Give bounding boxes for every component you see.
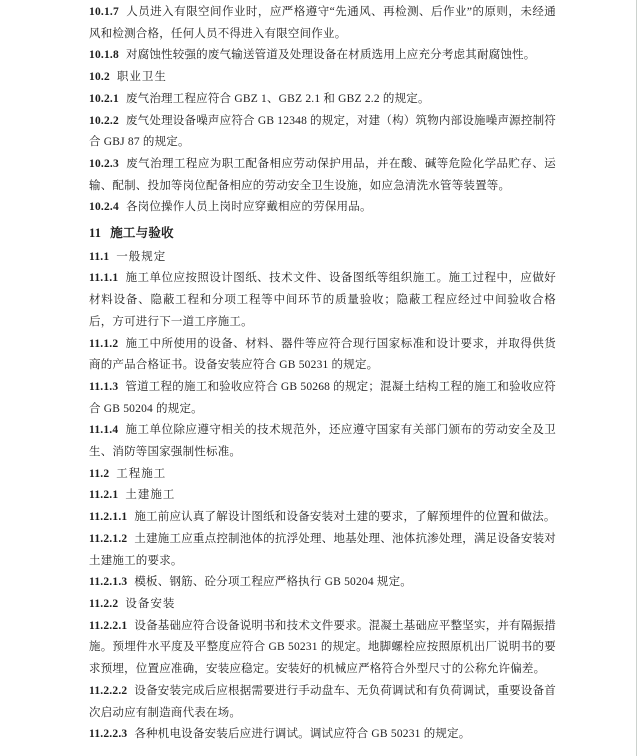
clause-11-2-1-3: 11.2.1.3模板、钢筋、砼分项工程应严格执行 GB 50204 规定。 [89,572,556,594]
document-page: 10.1.7人员进入有限空间作业时，应严格遵守“先通风、再检测、后作业”的原则，… [89,2,556,746]
section-heading-11-2: 11.2工程施工 [89,464,556,486]
clause-number: 11.1.2 [89,338,118,350]
clause-text: 废气治理工程应为职工配备相应劳动保护用品，并在酸、碱等危险化学品贮存、运输、配制… [89,158,556,192]
clause-number: 11.1.1 [89,272,118,284]
clause-text: 施工单位除应遵守相关的技术规范外，还应遵守国家有关部门颁布的劳动安全及卫生、消防… [89,424,556,458]
clause-number: 11.2.1.3 [89,576,127,588]
clause-10-2-2: 10.2.2废气处理设备噪声应符合 GB 12348 的规定，对建（构）筑物内部… [89,111,556,154]
clause-text: 施工中所使用的设备、材料、器件等应符合现行国家标准和设计要求，并取得供货商的产品… [89,338,556,372]
chapter-heading-11: 11施工与验收 [89,223,556,245]
clause-number: 11.1 [89,251,109,263]
clause-text: 模板、钢筋、砼分项工程应严格执行 GB 50204 规定。 [134,576,412,588]
clause-number: 11.2.1.2 [89,533,127,545]
clause-11-1-4: 11.1.4施工单位除应遵守相关的技术规范外，还应遵守国家有关部门颁布的劳动安全… [89,420,556,463]
clause-text: 对腐蚀性较强的废气输送管道及处理设备在材质选用上应充分考虑其耐腐蚀性。 [126,49,536,61]
clause-number: 11.2.1.1 [89,511,127,523]
clause-text: 废气处理设备噪声应符合 GB 12348 的规定，对建（构）筑物内部设施噪声源控… [89,115,556,149]
clause-number: 11.2.2.3 [89,728,127,740]
clause-number: 10.2.3 [89,158,119,170]
clause-text: 设备基础应符合设备说明书和技术文件要求。混凝土基础应平整坚实，并有隔振措施。预埋… [89,620,556,675]
clause-number: 11.2.2.2 [89,685,127,697]
clause-number: 10.2.2 [89,115,119,127]
clause-10-1-7: 10.1.7人员进入有限空间作业时，应严格遵守“先通风、再检测、后作业”的原则，… [89,2,556,45]
clause-number: 11.1.3 [89,381,118,393]
clause-11-1-3: 11.1.3管道工程的施工和验收应符合 GB 50268 的规定；混凝土结构工程… [89,377,556,420]
chapter-title: 施工与验收 [110,226,174,240]
section-title: 工程施工 [116,468,166,480]
clause-number: 11.1.4 [89,424,118,436]
section-heading-11-2-1: 11.2.1土建施工 [89,485,556,507]
clause-number: 10.1.7 [89,6,119,18]
clause-number: 11.2.2 [89,598,118,610]
clause-text: 各种机电设备安装后应进行调试。调试应符合 GB 50231 的规定。 [134,728,470,740]
clause-text: 废气治理工程应符合 GBZ 1、GBZ 2.1 和 GBZ 2.2 的规定。 [126,93,430,105]
clause-11-1-1: 11.1.1施工单位应按照设计图纸、技术文件、设备图纸等组织施工。施工过程中，应… [89,268,556,333]
page-edge-line [636,0,637,756]
clause-text: 施工单位应按照设计图纸、技术文件、设备图纸等组织施工。施工过程中，应做好材料设备… [89,272,556,327]
section-title: 一般规定 [116,251,166,263]
section-heading-11-2-2: 11.2.2设备安装 [89,594,556,616]
clause-11-2-2-2: 11.2.2.2设备安装完成后应根据需要进行手动盘车、无负荷调试和有负荷调试，重… [89,681,556,724]
clause-11-2-1-1: 11.2.1.1施工前应认真了解设计图纸和设备安装对土建的要求，了解预埋件的位置… [89,507,556,529]
section-title: 土建施工 [125,489,175,501]
clause-text: 人员进入有限空间作业时，应严格遵守“先通风、再检测、后作业”的原则，未经通风和检… [89,6,556,40]
clause-11-2-2-3: 11.2.2.3各种机电设备安装后应进行调试。调试应符合 GB 50231 的规… [89,724,556,746]
section-heading-10-2: 10.2职业卫生 [89,67,556,89]
section-title: 职业卫生 [117,71,167,83]
clause-text: 施工前应认真了解设计图纸和设备安装对土建的要求，了解预埋件的位置和做法。 [134,511,555,523]
clause-10-2-1: 10.2.1废气治理工程应符合 GBZ 1、GBZ 2.1 和 GBZ 2.2 … [89,89,556,111]
clause-10-1-8: 10.1.8对腐蚀性较强的废气输送管道及处理设备在材质选用上应充分考虑其耐腐蚀性… [89,45,556,67]
section-heading-11-1: 11.1一般规定 [89,247,556,269]
chapter-number: 11 [89,226,101,240]
clause-11-1-2: 11.1.2施工中所使用的设备、材料、器件等应符合现行国家标准和设计要求，并取得… [89,334,556,377]
section-title: 设备安装 [125,598,175,610]
clause-number: 11.2.1 [89,489,118,501]
clause-10-2-3: 10.2.3废气治理工程应为职工配备相应劳动保护用品，并在酸、碱等危险化学品贮存… [89,154,556,197]
clause-number: 10.2.4 [89,201,119,213]
clause-10-2-4: 10.2.4各岗位操作人员上岗时应穿戴相应的劳保用品。 [89,197,556,219]
clause-number: 10.2.1 [89,93,119,105]
clause-number: 10.1.8 [89,49,119,61]
clause-number: 11.2.2.1 [89,620,127,632]
clause-text: 管道工程的施工和验收应符合 GB 50268 的规定；混凝土结构工程的施工和验收… [89,381,556,415]
clause-number: 10.2 [89,71,110,83]
clause-11-2-2-1: 11.2.2.1设备基础应符合设备说明书和技术文件要求。混凝土基础应平整坚实，并… [89,616,556,681]
clause-text: 设备安装完成后应根据需要进行手动盘车、无负荷调试和有负荷调试，重要设备首次启动应… [89,685,556,719]
clause-11-2-1-2: 11.2.1.2土建施工应重点控制池体的抗浮处理、地基处理、池体抗渗处理，满足设… [89,529,556,572]
clause-text: 各岗位操作人员上岗时应穿戴相应的劳保用品。 [126,201,372,213]
clause-number: 11.2 [89,468,109,480]
clause-text: 土建施工应重点控制池体的抗浮处理、地基处理、池体抗渗处理，满足设备安装对土建施工… [89,533,556,567]
